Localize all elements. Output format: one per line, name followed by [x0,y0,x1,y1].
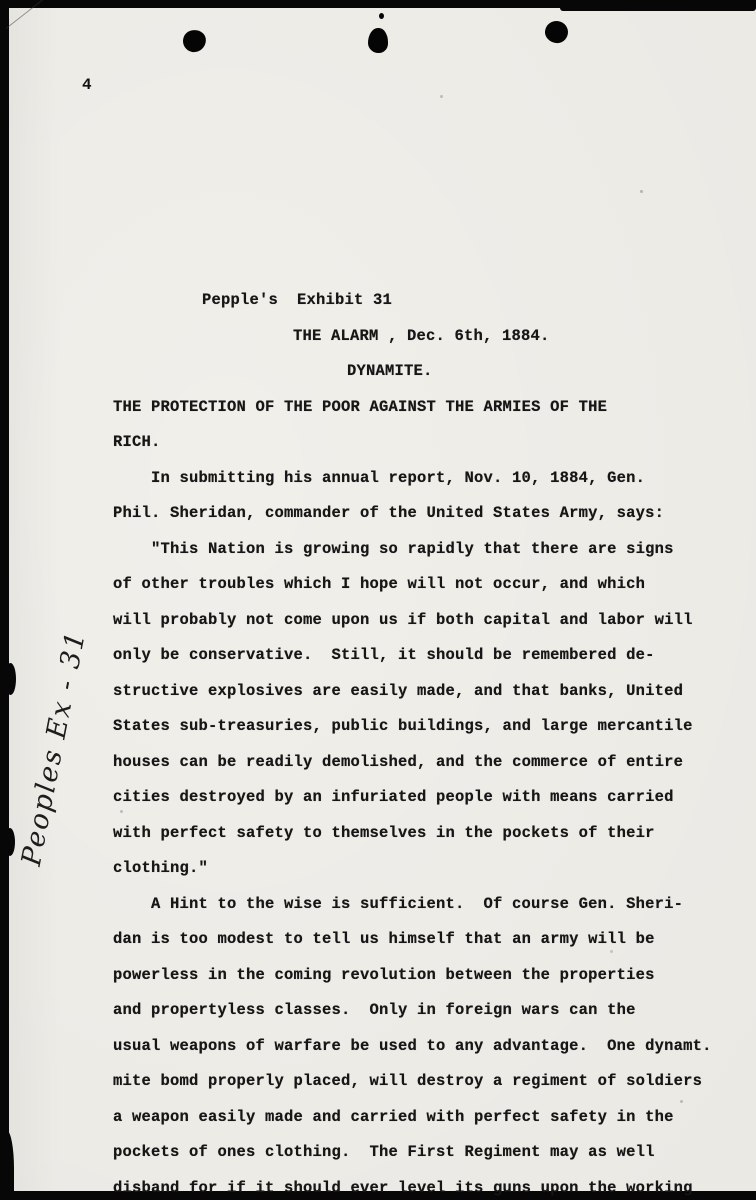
doc-line: "This Nation is growing so rapidly that … [113,532,733,568]
ink-speck [379,13,384,19]
scan-edge-top-right [560,0,756,11]
hole-punch-dot-1 [181,28,207,54]
scan-edge-blotch [5,663,16,695]
page-number: 4 [82,76,92,94]
doc-line: only be conservative. Still, it should b… [113,638,733,674]
scan-edge-blotch [5,828,15,856]
hole-punch-dot-3 [544,20,570,45]
scanned-document-page: 4 Peoples Ex - 31 Pepple's Exhibit 31 TH… [0,0,756,1200]
doc-line: will probably not come upon us if both c… [113,603,733,639]
doc-line: A Hint to the wise is sufficient. Of cou… [113,887,733,923]
scan-edge-bottom-left [0,1130,14,1200]
scan-noise-specks [640,190,643,193]
doc-line: In submitting his annual report, Nov. 10… [113,461,733,497]
doc-line: powerless in the coming revolution betwe… [113,958,733,994]
doc-line-subhead: RICH. [113,425,733,461]
doc-line: houses can be readily demolished, and th… [113,745,733,781]
doc-line: clothing." [113,851,733,887]
doc-line-subhead: THE PROTECTION OF THE POOR AGAINST THE A… [113,390,733,426]
doc-line: with perfect safety to themselves in the… [113,816,733,852]
doc-line-exhibit-label: Pepple's Exhibit 31 [113,283,733,319]
doc-line: structive explosives are easily made, an… [113,674,733,710]
doc-line: a weapon easily made and carried with pe… [113,1100,733,1136]
margin-note-handwritten: Peoples Ex - 31 [8,588,99,908]
doc-line: and propertyless classes. Only in foreig… [113,993,733,1029]
doc-line: Phil. Sheridan, commander of the United … [113,496,733,532]
doc-line: cities destroyed by an infuriated people… [113,780,733,816]
doc-line: States sub-treasuries, public buildings,… [113,709,733,745]
doc-line-publication: THE ALARM , Dec. 6th, 1884. [113,319,733,355]
doc-line: of other troubles which I hope will not … [113,567,733,603]
doc-line: usual weapons of warfare be used to any … [113,1029,733,1065]
doc-line: dan is too modest to tell us himself tha… [113,922,733,958]
hole-punch-dot-2 [368,28,388,53]
typewritten-text-block: Pepple's Exhibit 31 THE ALARM , Dec. 6th… [113,283,733,1200]
doc-line-headline: DYNAMITE. [113,354,733,390]
scan-edge-left [0,0,9,1200]
doc-line: mite bomd properly placed, will destroy … [113,1064,733,1100]
doc-line: pockets of ones clothing. The First Regi… [113,1135,733,1171]
doc-line: disband for if it should ever level its … [113,1171,733,1200]
